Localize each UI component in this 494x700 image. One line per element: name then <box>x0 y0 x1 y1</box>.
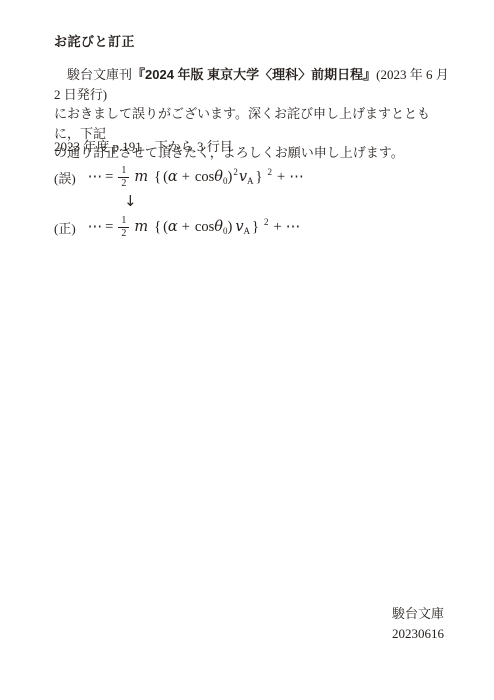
theta-subscript: 0 <box>223 226 228 236</box>
right-brace: } <box>252 219 259 236</box>
left-brace: { <box>154 219 161 236</box>
fraction-denominator: 2 <box>121 228 126 240</box>
fraction-one-half: 1 2 <box>118 215 129 240</box>
publisher-name: 駿台文庫 <box>392 604 444 624</box>
book-title: 『2024 年版 東京大学〈理科〉前期日程』 <box>132 67 376 82</box>
equals-sign: = <box>105 219 113 236</box>
correction-block: (誤) ⋯ = 1 2 m { ( α + cos θ 0 ) 2 v A } … <box>54 162 304 242</box>
velocity-subscript: A <box>244 226 251 236</box>
revision-date: 20230616 <box>392 624 444 644</box>
fraction-denominator: 2 <box>121 178 126 190</box>
outer-exponent: 2 <box>268 167 273 177</box>
plus-tail: + <box>277 169 285 186</box>
theta-subscript: 0 <box>223 176 228 186</box>
right-paren: ) <box>227 169 232 186</box>
wrong-label: (誤) <box>54 168 76 187</box>
plus-sign: + <box>182 169 190 186</box>
mass-symbol: m <box>134 169 148 185</box>
footer: 駿台文庫 20230616 <box>392 604 444 644</box>
fraction-numerator: 1 <box>118 165 129 178</box>
correct-label: (正) <box>54 218 76 237</box>
fraction-numerator: 1 <box>118 215 129 228</box>
correction-arrow-row: ↓ <box>54 192 304 212</box>
right-brace: } <box>256 169 263 186</box>
plus-sign: + <box>182 219 190 236</box>
right-paren: ) <box>227 219 232 236</box>
mass-symbol: m <box>134 219 148 235</box>
erroneous-exponent: 2 <box>233 167 238 177</box>
line1-pre-text: 駿台文庫刊 <box>54 67 132 82</box>
outer-exponent: 2 <box>264 217 269 227</box>
ellipsis-lead: ⋯ <box>88 169 103 186</box>
cos-text: cos <box>195 169 214 186</box>
errata-location: 2023 年度 p.191 下から 3 行目 <box>54 139 233 156</box>
theta-symbol: θ <box>214 219 223 235</box>
page-title: お詫びと訂正 <box>54 34 135 50</box>
down-arrow-icon: ↓ <box>124 192 137 210</box>
left-brace: { <box>154 169 161 186</box>
velocity-symbol: v <box>235 219 243 235</box>
correct-formula: (正) ⋯ = 1 2 m { ( α + cos θ 0 ) v A } 2 … <box>54 212 304 242</box>
fraction-one-half: 1 2 <box>118 165 129 190</box>
alpha-symbol: α <box>168 219 178 235</box>
velocity-symbol: v <box>239 169 247 185</box>
cos-text: cos <box>195 219 214 236</box>
ellipsis-tail: ⋯ <box>289 169 304 186</box>
errata-page: お詫びと訂正 駿台文庫刊『2024 年版 東京大学〈理科〉前期日程』(2023 … <box>0 0 494 700</box>
equals-sign: = <box>105 169 113 186</box>
plus-tail: + <box>274 219 282 236</box>
ellipsis-tail: ⋯ <box>286 219 301 236</box>
paragraph-line-2: におきまして誤りがございます。深くお詫び申し上げますとともに，下記 <box>54 104 454 143</box>
theta-symbol: θ <box>214 169 223 185</box>
wrong-formula: (誤) ⋯ = 1 2 m { ( α + cos θ 0 ) 2 v A } … <box>54 162 304 192</box>
velocity-subscript: A <box>247 176 254 186</box>
paragraph-line-1: 駿台文庫刊『2024 年版 東京大学〈理科〉前期日程』(2023 年 6 月 2… <box>54 65 454 104</box>
ellipsis-lead: ⋯ <box>88 219 103 236</box>
alpha-symbol: α <box>168 169 178 185</box>
